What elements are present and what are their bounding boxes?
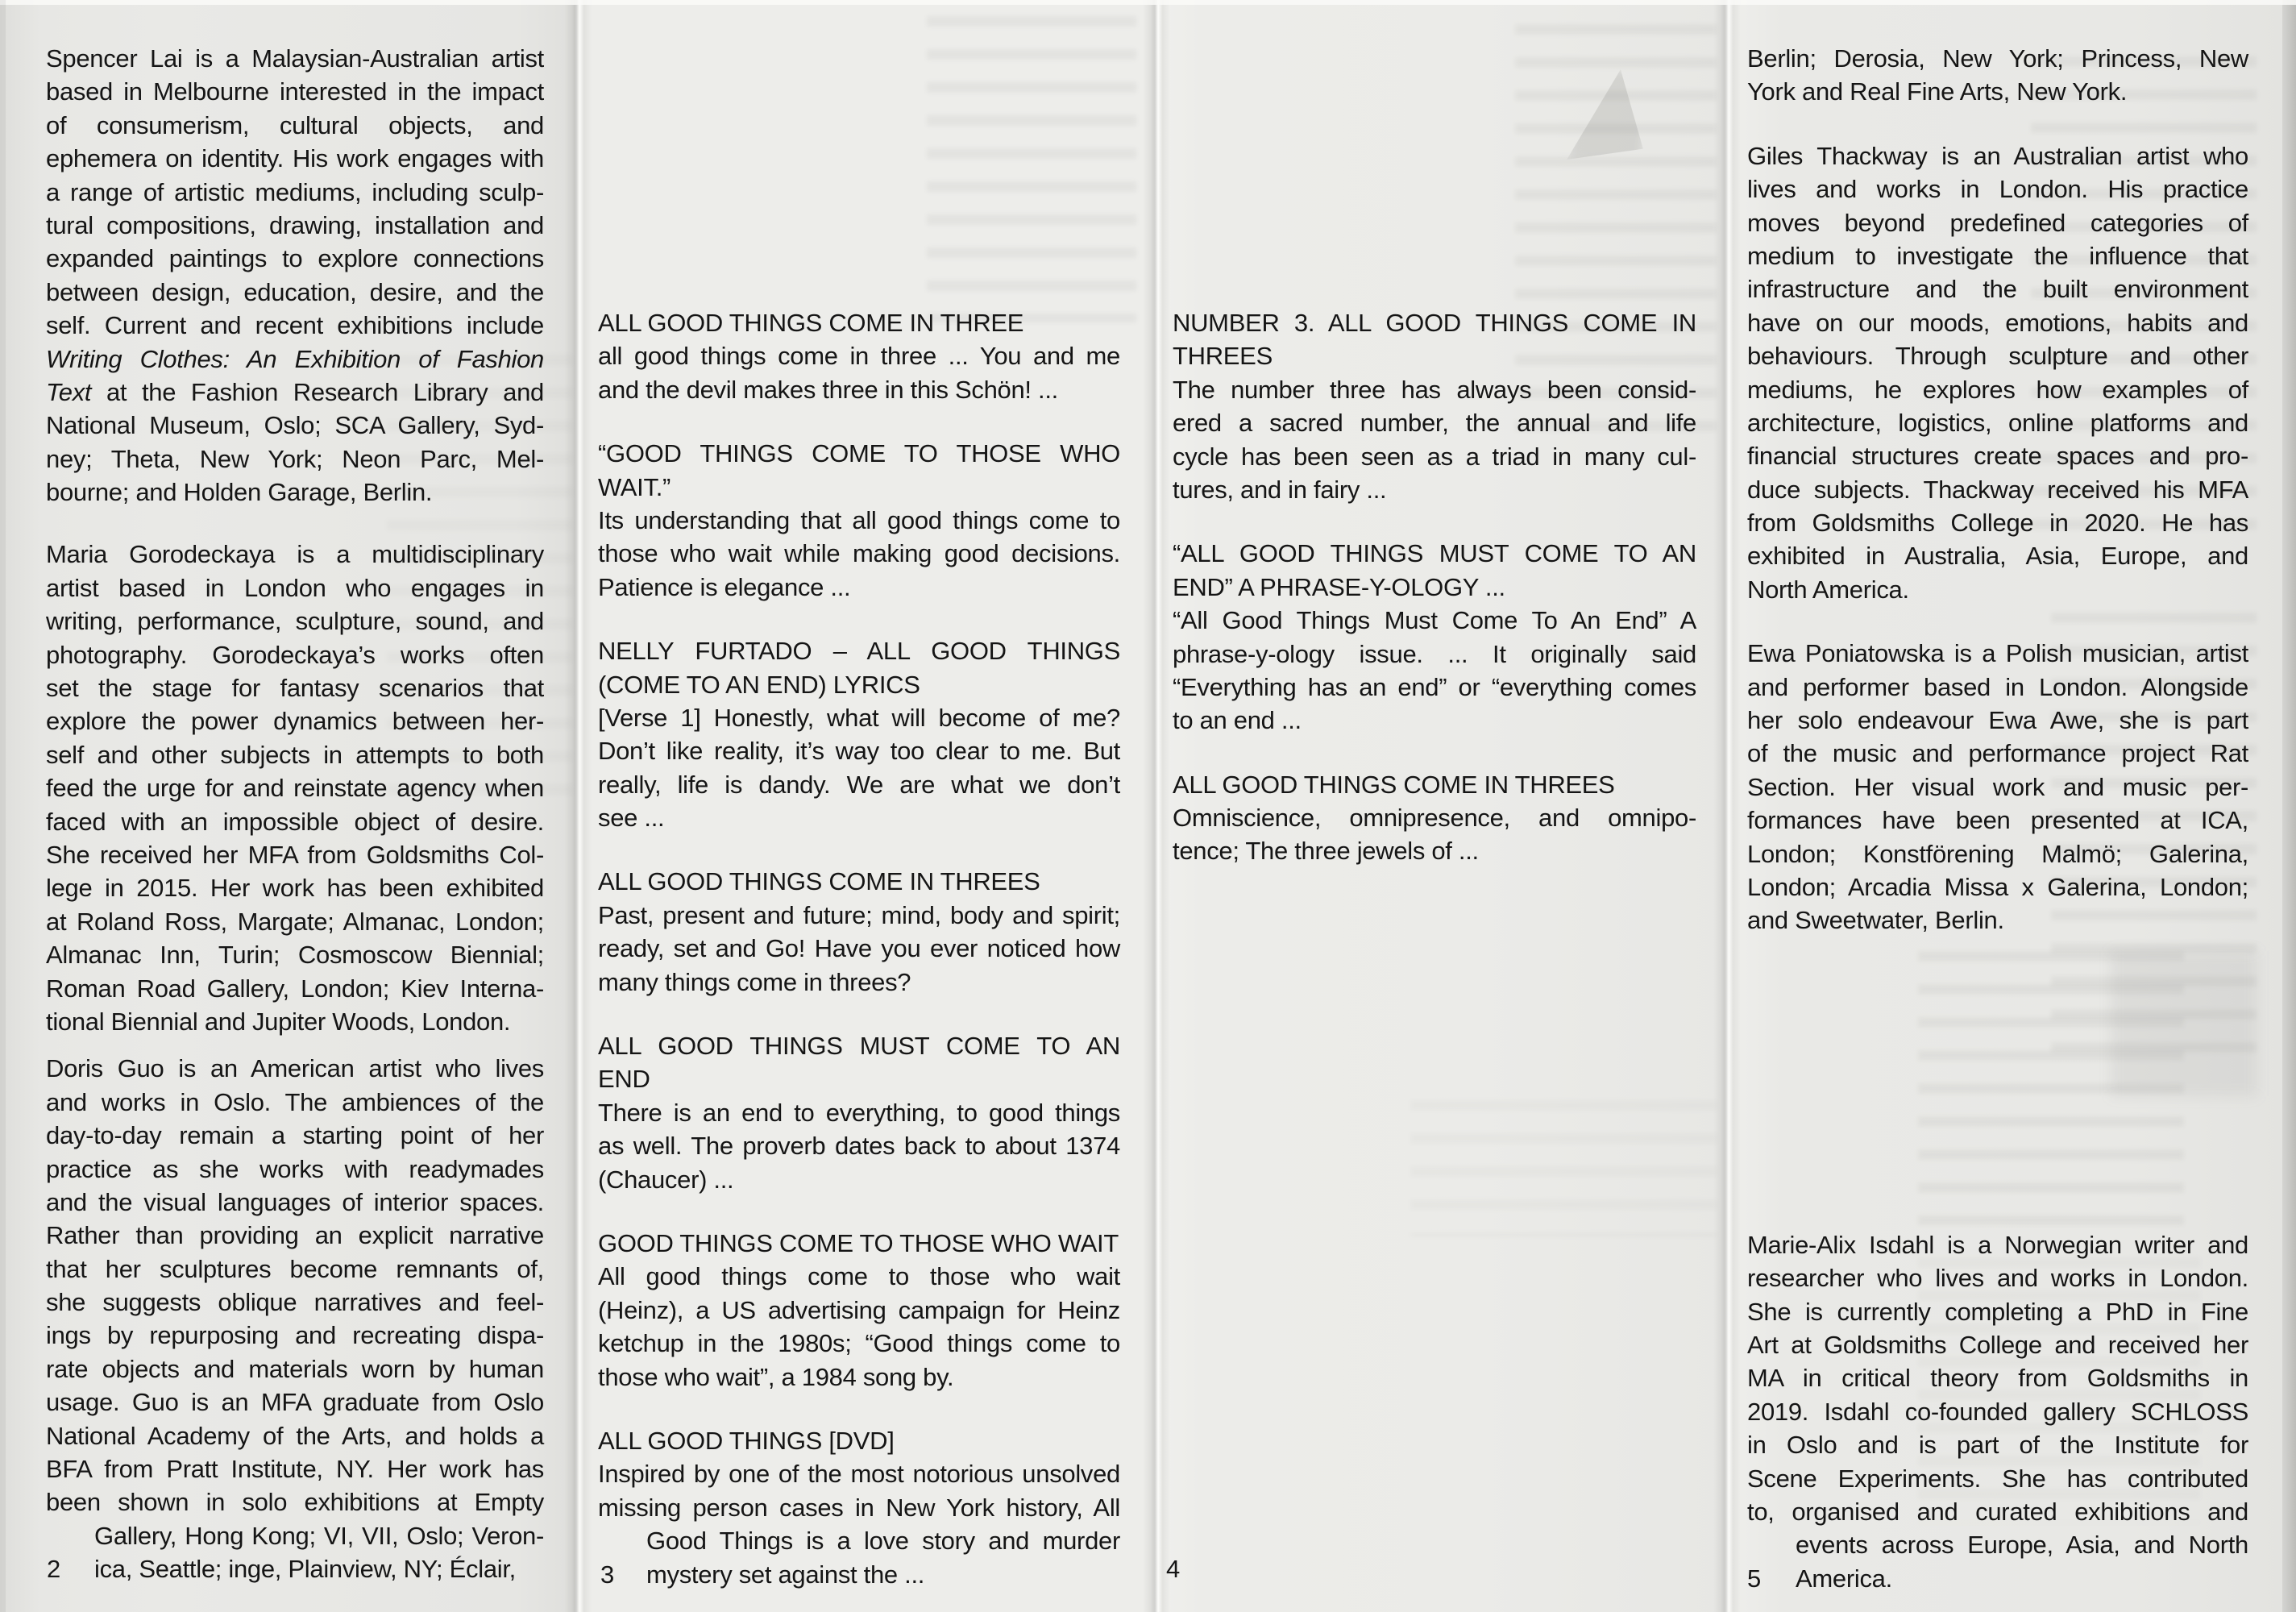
text-column-page-2: Spencer Lai is a Malaysian-Australian ar… [46, 42, 544, 1586]
text-line: expanded paintings to explore connection… [46, 242, 544, 275]
page-number-3: 3 [600, 1558, 614, 1591]
text-line: ings by repurposing and recreating dispa… [46, 1319, 544, 1352]
text-line: America. [1747, 1562, 2248, 1595]
text-line: day-to-day remain a starting point of he… [46, 1119, 544, 1152]
text-line: Almanac Inn, Turin; Cosmoscow Biennial; [46, 938, 544, 971]
text-line: Don’t like reality, it’s way too clear t… [598, 734, 1120, 767]
text-line: NUMBER 3. ALL GOOD THINGS COME IN [1173, 306, 1696, 339]
text-line: London; Arcadia Missa x Galerina, London… [1747, 870, 2248, 904]
text-line: (Chaucer) ... [598, 1163, 1120, 1196]
text-line: to, organised and curated exhibitions an… [1747, 1495, 2248, 1528]
scanned-booklet-spread: Spencer Lai is a Malaysian-Australian ar… [0, 0, 2296, 1612]
text-column-page-3: ALL GOOD THINGS COME IN THREEall good th… [598, 306, 1120, 1591]
text-line: ALL GOOD THINGS MUST COME TO AN [598, 1029, 1120, 1062]
text-line: ica, Seattle; inge, Plainview, NY; Éclai… [46, 1552, 544, 1585]
text-line: The number three has always been consid- [1173, 373, 1696, 406]
paragraph: NUMBER 3. ALL GOOD THINGS COME INTHREEST… [1173, 306, 1696, 506]
text-line: Marie-Alix Isdahl is a Norwegian writer … [1747, 1228, 2248, 1261]
text-line: Inspired by one of the most notorious un… [598, 1457, 1120, 1490]
text-line: photography. Gorodeckaya’s works often [46, 638, 544, 671]
text-line: “ALL GOOD THINGS MUST COME TO AN [1173, 537, 1696, 570]
text-line: “All Good Things Must Come To An End” A [1173, 604, 1696, 637]
text-line: END” A PHRASE-Y-OLOGY ... [1173, 571, 1696, 604]
text-line: as well. The proverb dates back to about… [598, 1129, 1120, 1162]
text-line: ready, set and Go! Have you ever noticed… [598, 932, 1120, 965]
text-line: lives and works in London. His practice [1747, 172, 2248, 206]
text-line: and Sweetwater, Berlin. [1747, 904, 2248, 937]
page-number-5: 5 [1747, 1562, 1761, 1595]
text-line: Art at Goldsmiths College and received h… [1747, 1328, 2248, 1361]
text-line: practice as she works with readymades [46, 1153, 544, 1186]
paragraph: Doris Guo is an American artist who live… [46, 1052, 544, 1585]
fold-crease [564, 0, 592, 1612]
text-line: London; Konstförening Malmö; Galerina, [1747, 837, 2248, 870]
text-line: There is an end to everything, to good t… [598, 1096, 1120, 1129]
text-line: Scene Experiments. She has contributed [1747, 1462, 2248, 1495]
text-line: ephemera on identity. His work engages w… [46, 142, 544, 175]
text-line: rate objects and materials worn by human [46, 1352, 544, 1386]
text-line: Spencer Lai is a Malaysian-Australian ar… [46, 42, 544, 75]
bleedthrough-ghost [1410, 1100, 1717, 1237]
text-line: tural compositions, drawing, installatio… [46, 209, 544, 242]
text-line: END [598, 1062, 1120, 1095]
text-line: in Oslo and is part of the Institute for [1747, 1428, 2248, 1461]
text-line: All good things come to those who wait [598, 1260, 1120, 1293]
text-line: formances have been presented at ICA, [1747, 804, 2248, 837]
paragraph: ALL GOOD THINGS [DVD]Inspired by one of … [598, 1424, 1120, 1591]
text-line: York and Real Fine Arts, New York. [1747, 75, 2248, 108]
page-number-2: 2 [47, 1552, 60, 1585]
text-line: all good things come in three ... You an… [598, 339, 1120, 372]
text-line: Doris Guo is an American artist who live… [46, 1052, 544, 1085]
text-line: Section. Her visual work and music per- [1747, 771, 2248, 804]
text-line: to an end ... [1173, 704, 1696, 737]
text-line: set the stage for fantasy scenarios that [46, 671, 544, 704]
paragraph: ALL GOOD THINGS COME IN THREESOmniscienc… [1173, 768, 1696, 868]
text-line: Giles Thackway is an Australian artist w… [1747, 139, 2248, 172]
text-line: National Academy of the Arts, and holds … [46, 1419, 544, 1452]
text-line: ney; Theta, New York; Neon Parc, Mel- [46, 442, 544, 476]
paragraph: “GOOD THINGS COME TO THOSE WHOWAIT.”Its … [598, 437, 1120, 604]
text-line: her solo endeavour Ewa Awe, she is part [1747, 704, 2248, 737]
italic-text-run: Text [46, 378, 91, 406]
text-line: Past, present and future; mind, body and… [598, 899, 1120, 932]
text-line: (COME TO AN END) LYRICS [598, 668, 1120, 701]
text-line: explore the power dynamics between her- [46, 704, 544, 737]
text-line: self. Current and recent exhibitions inc… [46, 309, 544, 342]
text-line: Writing Clothes: An Exhibition of Fashio… [46, 343, 544, 376]
text-line: BFA from Pratt Institute, NY. Her work h… [46, 1452, 544, 1485]
paragraph: ALL GOOD THINGS COME IN THREESPast, pres… [598, 865, 1120, 999]
text-line: many things come in threes? [598, 966, 1120, 999]
text-line: Berlin; Derosia, New York; Princess, New [1747, 42, 2248, 75]
text-line: and the devil makes three in this Schön!… [598, 373, 1120, 406]
text-line: 2019. Isdahl co-founded gallery SCHLOSS [1747, 1395, 2248, 1428]
text-line: Patience is elegance ... [598, 571, 1120, 604]
text-line: MA in critical theory from Goldsmiths in [1747, 1361, 2248, 1394]
text-line: Its understanding that all good things c… [598, 504, 1120, 537]
fold-crease [1713, 0, 1741, 1612]
text-line: financial structures create spaces and p… [1747, 439, 2248, 472]
text-line: events across Europe, Asia, and North [1747, 1528, 2248, 1561]
text-line: researcher who lives and works in London… [1747, 1261, 2248, 1294]
text-line: tional Biennial and Jupiter Woods, Londo… [46, 1005, 544, 1038]
text-line: of the music and performance project Rat [1747, 737, 2248, 770]
text-line: writing, performance, sculpture, sound, … [46, 604, 544, 638]
text-line: usage. Guo is an MFA graduate from Oslo [46, 1386, 544, 1419]
text-line: Text at the Fashion Research Library and [46, 376, 544, 409]
paper-left-edge [0, 0, 6, 1612]
text-line: missing person cases in New York history… [598, 1491, 1120, 1524]
text-line: from Goldsmiths College in 2020. He has [1747, 506, 2248, 539]
text-line: based in Melbourne interested in the imp… [46, 75, 544, 108]
text-line: cycle has been seen as a triad in many c… [1173, 440, 1696, 473]
paper-right-edge [2282, 0, 2296, 1612]
text-line: self and other subjects in attempts to b… [46, 738, 544, 771]
text-line: “GOOD THINGS COME TO THOSE WHO [598, 437, 1120, 470]
text-run: at the Fashion Research Library and [91, 378, 544, 406]
text-line: moves beyond predefined categories of [1747, 206, 2248, 239]
paragraph: Giles Thackway is an Australian artist w… [1747, 139, 2248, 606]
paragraph: Ewa Poniatowska is a Polish musician, ar… [1747, 637, 2248, 937]
paragraph: GOOD THINGS COME TO THOSE WHO WAITAll go… [598, 1227, 1120, 1394]
text-line: Good Things is a love story and murder [598, 1524, 1120, 1557]
paragraph: Maria Gorodeckaya is a multidisciplinary… [46, 538, 544, 1038]
text-line: ketchup in the 1980s; “Good things come … [598, 1327, 1120, 1360]
text-line: Omniscience, omnipresence, and omnipo- [1173, 801, 1696, 834]
text-line: Rather than providing an explicit narrat… [46, 1219, 544, 1252]
paragraph: NELLY FURTADO – ALL GOOD THINGS(COME TO … [598, 634, 1120, 834]
paragraph: ALL GOOD THINGS MUST COME TO ANENDThere … [598, 1029, 1120, 1196]
text-line: THREES [1173, 339, 1696, 372]
text-line: National Museum, Oslo; SCA Gallery, Syd- [46, 409, 544, 442]
paragraph: Spencer Lai is a Malaysian-Australian ar… [46, 42, 544, 509]
text-line: WAIT.” [598, 471, 1120, 504]
text-line: of consumerism, cultural objects, and [46, 109, 544, 142]
text-line: ALL GOOD THINGS COME IN THREES [1173, 768, 1696, 801]
text-line: that her sculptures become remnants of, [46, 1253, 544, 1286]
paragraph: Marie-Alix Isdahl is a Norwegian writer … [1747, 1228, 2248, 1595]
text-line: Maria Gorodeckaya is a multidisciplinary [46, 538, 544, 571]
text-line: she suggests oblique narratives and feel… [46, 1286, 544, 1319]
text-line: duce subjects. Thackway received his MFA [1747, 473, 2248, 506]
text-line: mystery set against the ... [598, 1558, 1120, 1591]
text-line: Gallery, Hong Kong; VI, VII, Oslo; Veron… [46, 1519, 544, 1552]
text-line: exhibited in Australia, Asia, Europe, an… [1747, 539, 2248, 572]
text-line: NELLY FURTADO – ALL GOOD THINGS [598, 634, 1120, 667]
text-line: medium to investigate the influence that [1747, 239, 2248, 272]
text-line: those who wait”, a 1984 song by. [598, 1361, 1120, 1394]
text-line: a range of artistic mediums, including s… [46, 176, 544, 209]
text-line: architecture, logistics, online platform… [1747, 406, 2248, 439]
text-line: bourne; and Holden Garage, Berlin. [46, 476, 544, 509]
text-line: Roman Road Gallery, London; Kiev Interna… [46, 972, 544, 1005]
text-line: feed the urge for and reinstate agency w… [46, 771, 544, 804]
paragraph: “ALL GOOD THINGS MUST COME TO ANEND” A P… [1173, 537, 1696, 737]
bleedthrough-ghost [927, 16, 1136, 322]
paragraph: Berlin; Derosia, New York; Princess, New… [1747, 42, 2248, 109]
text-line: faced with an impossible object of desir… [46, 805, 544, 838]
text-line: ALL GOOD THINGS [DVD] [598, 1424, 1120, 1457]
text-line: tures, and in fairy ... [1173, 473, 1696, 506]
text-line: infrastructure and the built environment [1747, 272, 2248, 305]
text-line: tence; The three jewels of ... [1173, 834, 1696, 867]
paper-top-edge [0, 0, 2296, 5]
page-number-4: 4 [1166, 1552, 1180, 1585]
fold-crease [1143, 0, 1170, 1612]
text-line: see ... [598, 801, 1120, 834]
text-line: have on our moods, emotions, habits and [1747, 306, 2248, 339]
text-line: those who wait while making good decisio… [598, 537, 1120, 570]
text-line: at Roland Ross, Margate; Almanac, London… [46, 905, 544, 938]
text-column-page-5: Berlin; Derosia, New York; Princess, New… [1747, 42, 2248, 1595]
paragraph: ALL GOOD THINGS COME IN THREEall good th… [598, 306, 1120, 406]
text-line: She is currently completing a PhD in Fin… [1747, 1295, 2248, 1328]
text-line: (Heinz), a US advertising campaign for H… [598, 1294, 1120, 1327]
text-line: She received her MFA from Goldsmiths Col… [46, 838, 544, 871]
text-line: phrase-y-ology issue. ... It originally … [1173, 638, 1696, 671]
text-line: North America. [1747, 573, 2248, 606]
text-line: between design, education, desire, and t… [46, 276, 544, 309]
text-line: really, life is dandy. We are what we do… [598, 768, 1120, 801]
text-line: ALL GOOD THINGS COME IN THREE [598, 306, 1120, 339]
text-column-page-4: NUMBER 3. ALL GOOD THINGS COME INTHREEST… [1173, 306, 1696, 868]
text-line: Ewa Poniatowska is a Polish musician, ar… [1747, 637, 2248, 670]
text-line: lege in 2015. Her work has been exhibite… [46, 871, 544, 904]
text-line: artist based in London who engages in [46, 571, 544, 604]
text-line: [Verse 1] Honestly, what will become of … [598, 701, 1120, 734]
text-line: “Everything has an end” or “everything c… [1173, 671, 1696, 704]
italic-text-run: Writing Clothes: An Exhibition of Fashio… [46, 345, 544, 373]
text-line: and works in Oslo. The ambiences of the [46, 1086, 544, 1119]
text-line: GOOD THINGS COME TO THOSE WHO WAIT [598, 1227, 1120, 1260]
text-line: mediums, he explores how examples of [1747, 373, 2248, 406]
text-line: behaviours. Through sculpture and other [1747, 339, 2248, 372]
text-line: ALL GOOD THINGS COME IN THREES [598, 865, 1120, 898]
text-line: and the visual languages of interior spa… [46, 1186, 544, 1219]
text-line: been shown in solo exhibitions at Empty [46, 1485, 544, 1519]
text-line: ered a sacred number, the annual and lif… [1173, 406, 1696, 439]
text-line: and performer based in London. Alongside [1747, 671, 2248, 704]
